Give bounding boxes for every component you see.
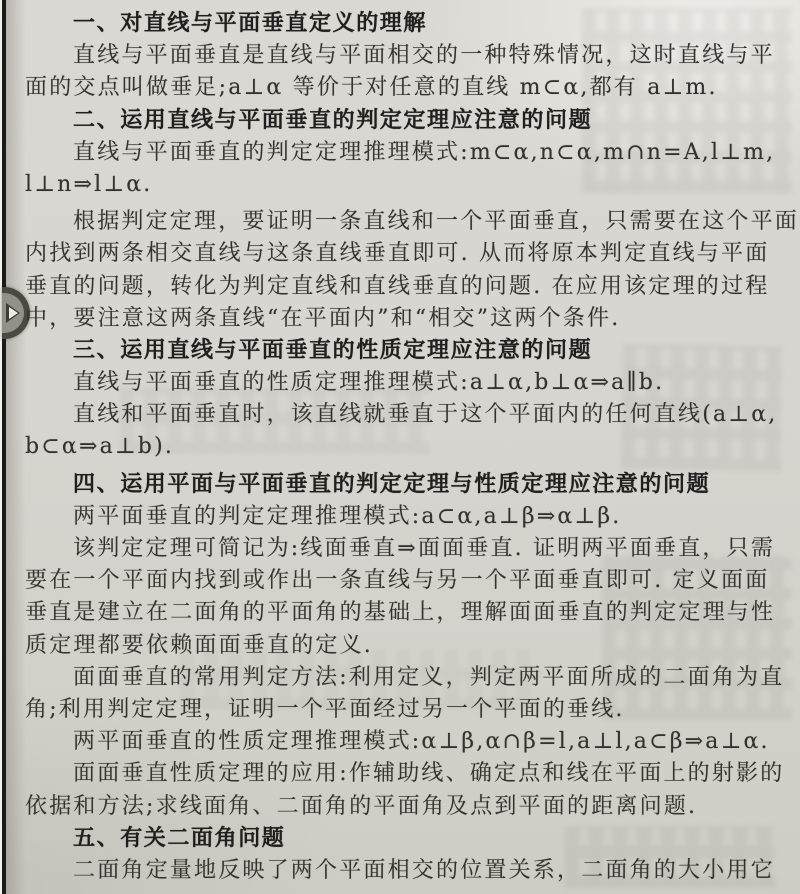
text-line: 要在一个平面内找到或作出一条直线与另一个平面垂直即可. 定义面面: [25, 565, 785, 597]
text-line: 两平面垂直的判定定理推理模式:a⊂α,a⊥β⇒α⊥β.: [25, 501, 785, 533]
text-line: 直线与平面垂直的性质定理推理模式:a⊥α,b⊥α⇒a∥b.: [25, 367, 785, 399]
section-heading-1: 一、对直线与平面垂直定义的理解: [25, 8, 785, 40]
text-line: l⊥n⇒l⊥α.: [25, 169, 785, 201]
scanned-textbook-page: { "marker": { "icon": "play-icon" }, "do…: [0, 0, 800, 894]
text-line: 垂直是建立在二面角的平面角的基础上，理解面面垂直的判定定理与性: [25, 597, 785, 629]
section-heading-4: 四、运用平面与平面垂直的判定定理与性质定理应注意的问题: [25, 469, 785, 501]
text-line: 角;利用判定定理，证明一个平面经过另一个平面的垂线.: [25, 694, 785, 726]
text-line: 面面垂直性质定理的应用:作辅助线、确定点和线在平面上的射影的: [25, 758, 785, 790]
section-heading-3: 三、运用直线与平面垂直的性质定理应注意的问题: [25, 335, 785, 367]
text-line: 面面垂直的常用判定方法:利用定义，判定两平面所成的二面角为直: [25, 662, 785, 694]
text-line: 根据判定定理，要证明一条直线和一个平面垂直，只需要在这个平面: [25, 206, 785, 238]
section-heading-2: 二、运用直线与平面垂直的判定定理应注意的问题: [25, 105, 785, 137]
play-icon-inner: [9, 307, 18, 319]
page-edge-shadow: [6, 0, 26, 894]
text-line: 两平面垂直的性质定理推理模式:α⊥β,α∩β=l,a⊥l,a⊂β⇒a⊥α.: [25, 726, 785, 758]
text-line: 面的交点叫做垂足;a⊥α 等价于对任意的直线 m⊂α,都有 a⊥m.: [25, 72, 785, 104]
text-line: 直线与平面垂直是直线与平面相交的一种特殊情况，这时直线与平: [25, 40, 785, 72]
text-line: 内找到两条相交直线与这条直线垂直即可. 从而将原本判定直线与平面: [25, 238, 785, 270]
text-line: 直线与平面垂直的判定定理推理模式:m⊂α,n⊂α,m∩n=A,l⊥m,: [25, 137, 785, 169]
document-body: 一、对直线与平面垂直定义的理解 直线与平面垂直是直线与平面相交的一种特殊情况，这…: [25, 8, 785, 887]
text-line: 二面角定量地反映了两个平面相交的位置关系，二面角的大小用它: [25, 855, 785, 887]
text-line: 垂直的问题，转化为判定直线和直线垂直的问题. 在应用该定理的过程: [25, 271, 785, 303]
text-line: 中，要注意这两条直线“在平面内”和“相交”这两个条件.: [25, 303, 785, 335]
text-line: 该判定定理可简记为:线面垂直⇒面面垂直. 证明两平面垂直，只需: [25, 533, 785, 565]
text-line: 直线和平面垂直时，该直线就垂直于这个平面内的任何直线(a⊥α,: [25, 399, 785, 431]
text-line: 质定理都要依赖面面垂直的定义.: [25, 630, 785, 662]
section-heading-5: 五、有关二面角问题: [25, 823, 785, 855]
text-line: 依据和方法;求线面角、二面角的平面角及点到平面的距离问题.: [25, 791, 785, 823]
text-line: b⊂α⇒a⊥b).: [25, 431, 785, 463]
